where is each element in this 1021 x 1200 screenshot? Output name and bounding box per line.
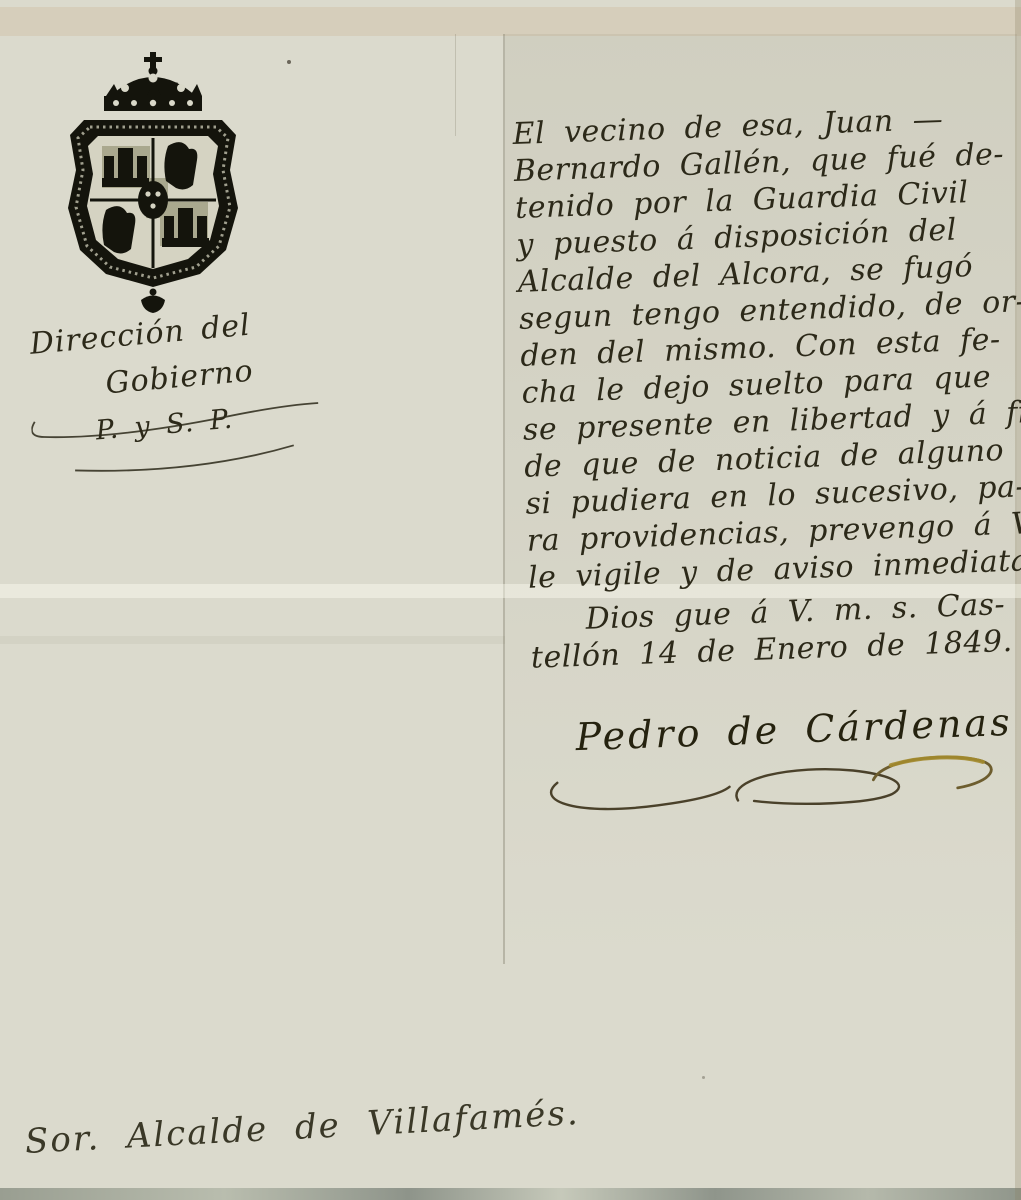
- margin-office-note: Dirección del Gobierno P. y S. P.: [28, 295, 349, 459]
- scan-bottom-edge: [0, 1188, 1021, 1200]
- vertical-fold-line: [503, 34, 505, 964]
- letter-body-lines: El vecino de esa, Juan —Bernardo Gallén,…: [512, 99, 1021, 597]
- horizontal-fold-shadow: [0, 636, 505, 644]
- small-crease: [455, 34, 456, 136]
- ink-speck: [287, 60, 291, 64]
- royal-coat-of-arms-stamp-icon: [50, 50, 255, 315]
- addressee-line: Sor. Alcalde de Villafamés.: [24, 1087, 685, 1161]
- ink-speck: [702, 1076, 705, 1079]
- paper-top-band: [0, 7, 1021, 36]
- scan-top-edge: [0, 0, 1021, 7]
- letter-body-column: El vecino de esa, Juan —Bernardo Gallén,…: [512, 99, 1021, 826]
- letter-closing: Dios gue á V. m. s. Cas- tellón 14 de En…: [529, 585, 1021, 676]
- scanned-letter-page: Dirección del Gobierno P. y S. P. El vec…: [0, 0, 1021, 1200]
